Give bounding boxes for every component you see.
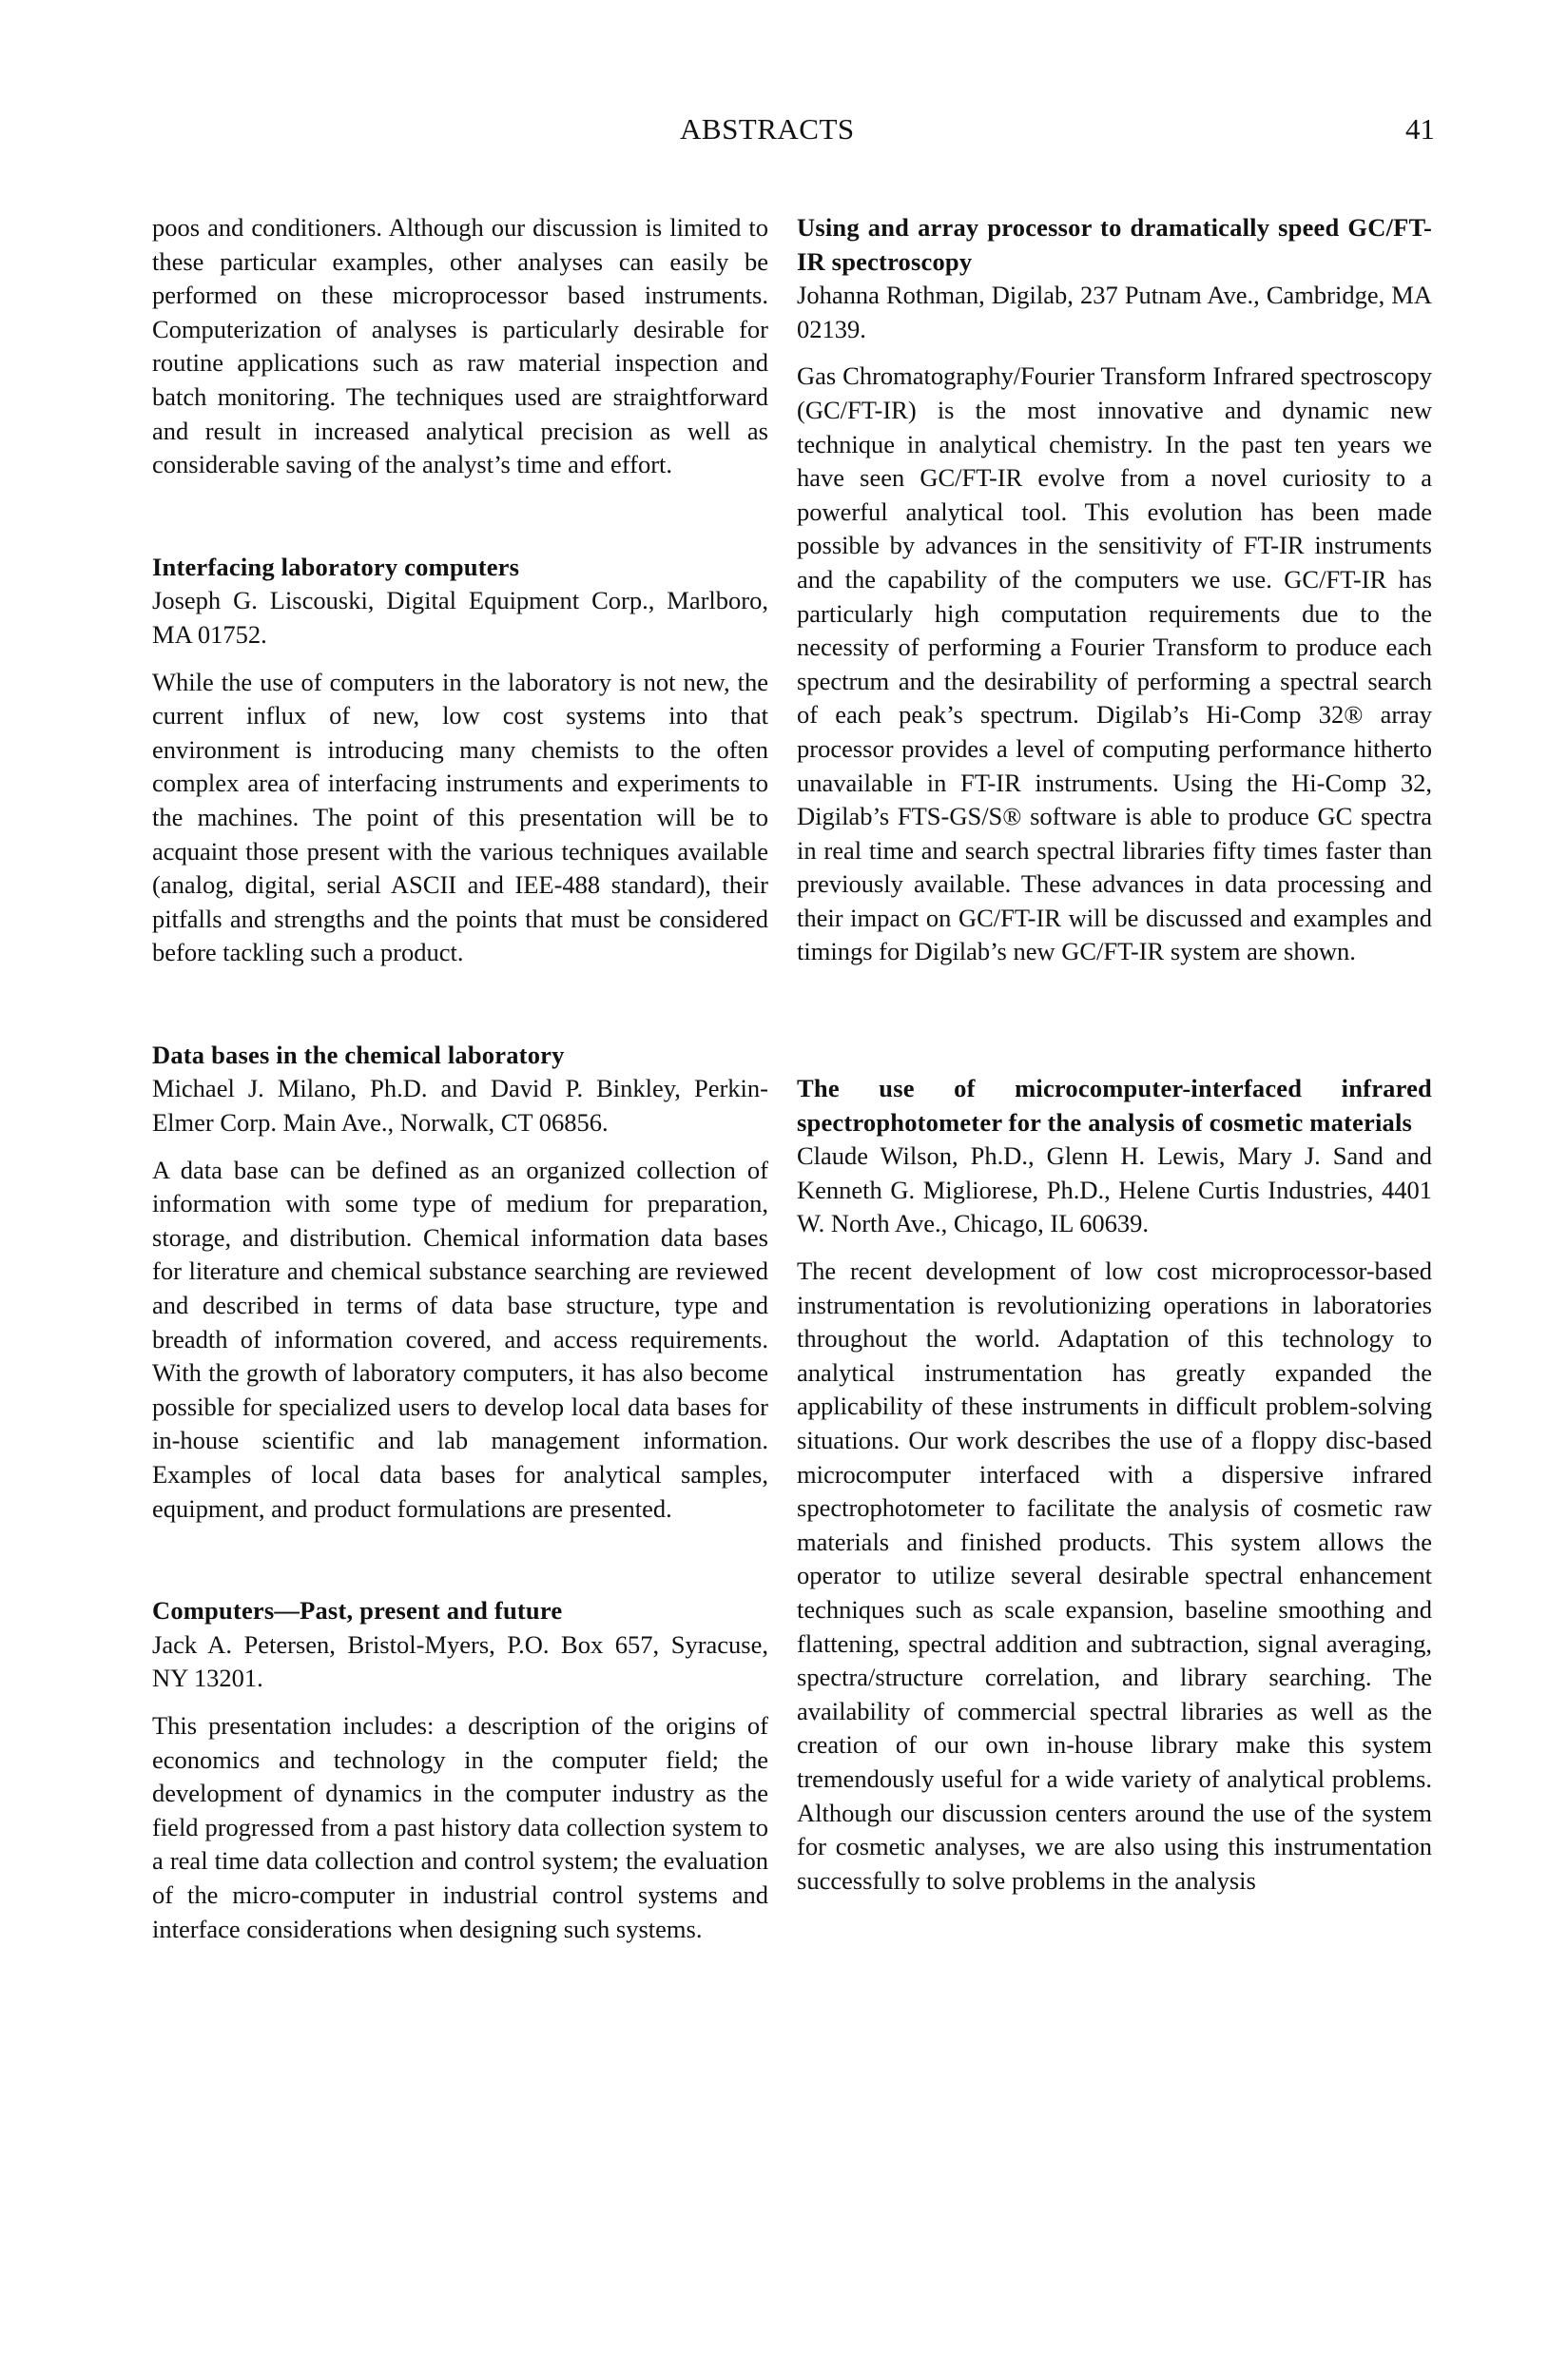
abstract-authors: Jack A. Petersen, Bristol-Myers, P.O. Bo… [152, 1628, 768, 1696]
page-number: 41 [1405, 112, 1435, 146]
abstract-array-processor-gc-ftir: Using and array processor to dramaticall… [797, 211, 1432, 969]
abstract-microcomputer-infrared-cosmetic: The use of microcomputer-interfaced infr… [797, 1072, 1432, 1898]
spacer [797, 969, 1432, 1072]
spacer [152, 1526, 768, 1594]
running-head: ABSTRACTS [680, 112, 855, 146]
right-column: Using and array processor to dramaticall… [797, 211, 1432, 1898]
abstract-body: The recent development of low cost micro… [797, 1255, 1432, 1898]
spacer [152, 482, 768, 551]
abstract-title: The use of microcomputer-interfaced infr… [797, 1072, 1432, 1139]
abstract-title: Data bases in the chemical laboratory [152, 1039, 768, 1073]
abstract-data-bases: Data bases in the chemical laboratory Mi… [152, 1039, 768, 1526]
abstract-interfacing-laboratory-computers: Interfacing laboratory computers Joseph … [152, 551, 768, 970]
abstract-body: While the use of computers in the labora… [152, 666, 768, 970]
abstract-authors: Joseph G. Liscouski, Digital Equipment C… [152, 584, 768, 652]
abstract-body: Gas Chromatography/Fourier Transform Inf… [797, 360, 1432, 969]
spacer [152, 970, 768, 1039]
abstract-title: Using and array processor to dramaticall… [797, 211, 1432, 279]
abstract-authors: Michael J. Milano, Ph.D. and David P. Bi… [152, 1072, 768, 1139]
abstract-title: Computers—Past, present and future [152, 1594, 768, 1628]
page-header: ABSTRACTS 41 [0, 112, 1568, 150]
continued-paragraph: poos and conditioners. Although our disc… [152, 211, 768, 482]
left-column: poos and conditioners. Although our disc… [152, 211, 768, 1946]
abstract-authors: Claude Wilson, Ph.D., Glenn H. Lewis, Ma… [797, 1139, 1432, 1241]
abstract-body: A data base can be defined as an organiz… [152, 1154, 768, 1527]
abstract-title: Interfacing laboratory computers [152, 551, 768, 585]
abstract-body: This presentation includes: a descriptio… [152, 1709, 768, 1946]
abstract-computers-past-present-future: Computers—Past, present and future Jack … [152, 1594, 768, 1946]
abstract-authors: Johanna Rothman, Digilab, 237 Putnam Ave… [797, 279, 1432, 346]
